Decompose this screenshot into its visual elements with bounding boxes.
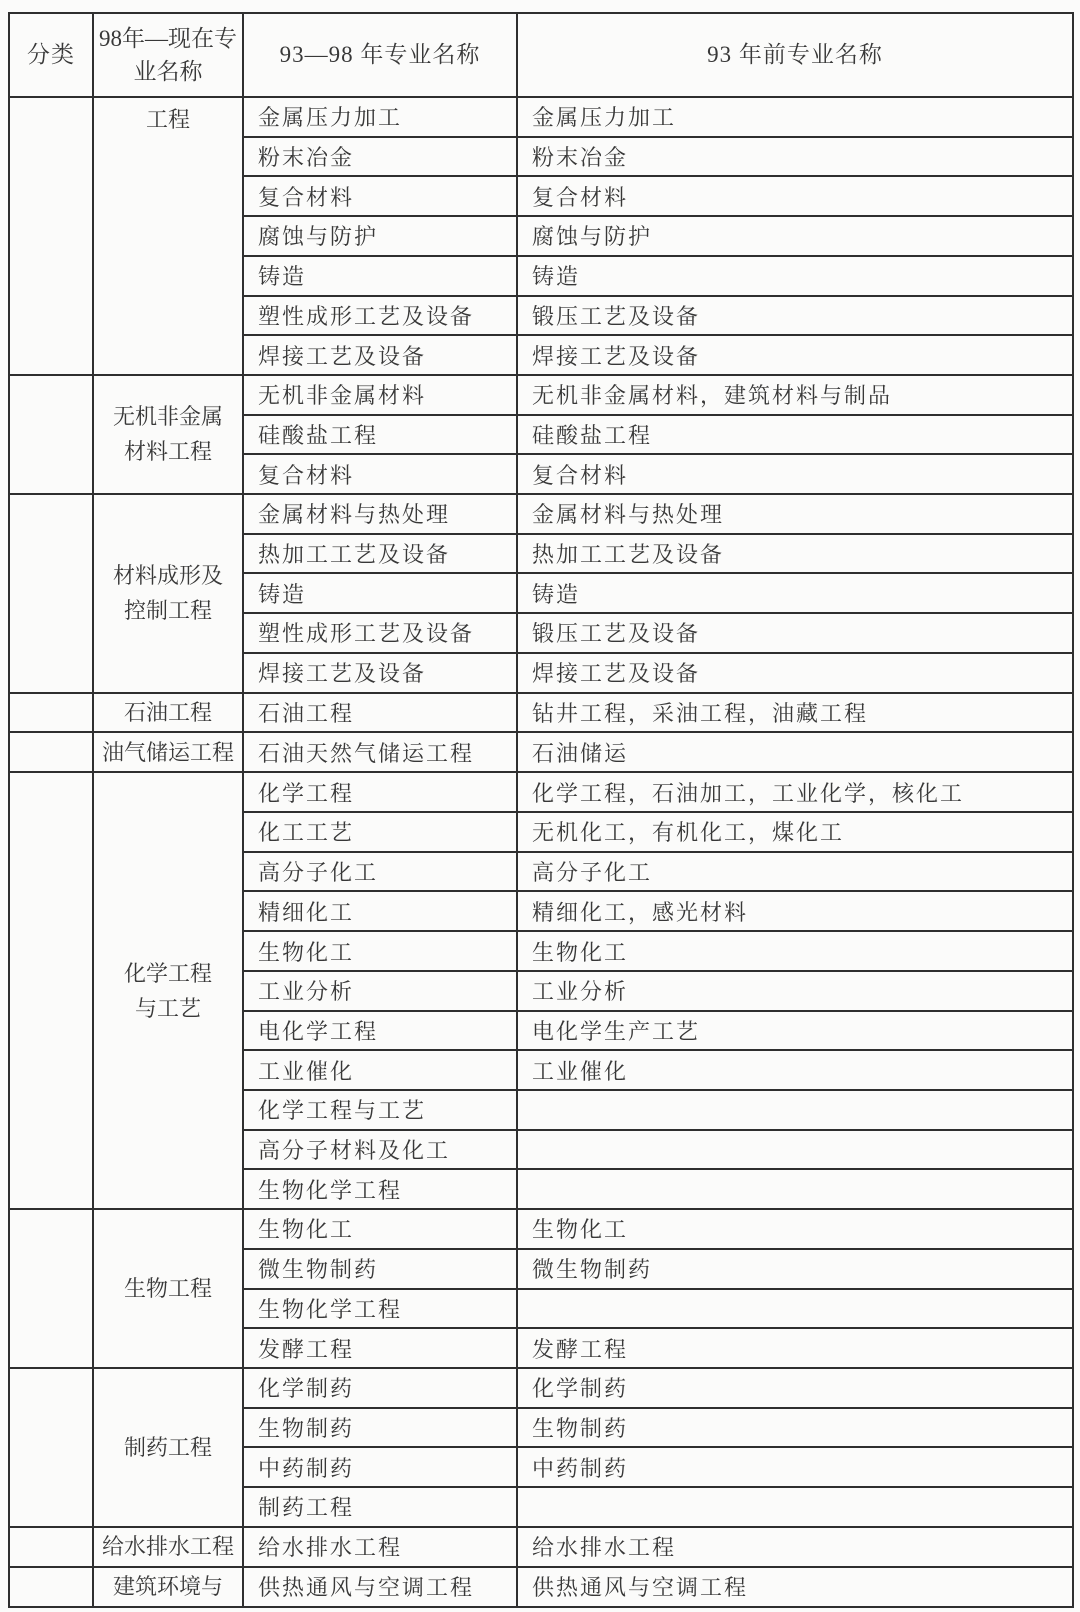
major-93-98-cell: 电化学工程 [243, 1011, 517, 1051]
major-pre-93-cell [517, 1090, 1073, 1130]
major-93-98-cell: 制药工程 [243, 1487, 517, 1527]
major-pre-93-cell [517, 1130, 1073, 1170]
group-name-cell: 油气储运工程 [93, 732, 243, 772]
major-pre-93-cell: 化学制药 [517, 1368, 1073, 1408]
major-pre-93-cell: 铸造 [517, 256, 1073, 296]
major-pre-93-cell: 锻压工艺及设备 [517, 296, 1073, 336]
major-pre-93-cell: 精细化工，感光材料 [517, 891, 1073, 931]
major-93-98-cell: 工业催化 [243, 1050, 517, 1090]
major-93-98-cell: 焊接工艺及设备 [243, 335, 517, 375]
header-category: 分类 [9, 13, 93, 97]
category-cell [9, 1527, 93, 1567]
group-name-cell: 石油工程 [93, 693, 243, 733]
major-pre-93-cell: 热加工工艺及设备 [517, 534, 1073, 574]
group-name-cell: 无机非金属 材料工程 [93, 375, 243, 494]
major-93-98-cell: 中药制药 [243, 1447, 517, 1487]
major-93-98-cell: 生物化学工程 [243, 1289, 517, 1329]
major-93-98-cell: 生物制药 [243, 1408, 517, 1448]
table-row: 油气储运工程石油天然气储运工程石油储运 [9, 732, 1073, 772]
table-body: 工程金属压力加工金属压力加工粉末冶金粉末冶金复合材料复合材料腐蚀与防护腐蚀与防护… [9, 97, 1073, 1607]
table-row: 化学工程 与工艺化学工程化学工程，石油加工，工业化学，核化工 [9, 772, 1073, 812]
major-93-98-cell: 生物化学工程 [243, 1169, 517, 1209]
major-pre-93-cell: 硅酸盐工程 [517, 415, 1073, 455]
major-93-98-cell: 复合材料 [243, 454, 517, 494]
major-pre-93-cell: 腐蚀与防护 [517, 216, 1073, 256]
group-name-cell: 建筑环境与 [93, 1567, 243, 1607]
major-pre-93-cell: 金属压力加工 [517, 97, 1073, 137]
table-row: 无机非金属 材料工程无机非金属材料无机非金属材料，建筑材料与制品 [9, 375, 1073, 415]
major-pre-93-cell: 化学工程，石油加工，工业化学，核化工 [517, 772, 1073, 812]
major-pre-93-cell: 锻压工艺及设备 [517, 613, 1073, 653]
major-pre-93-cell: 焊接工艺及设备 [517, 335, 1073, 375]
major-pre-93-cell: 无机化工，有机化工，煤化工 [517, 812, 1073, 852]
major-pre-93-cell: 焊接工艺及设备 [517, 653, 1073, 693]
major-pre-93-cell: 生物制药 [517, 1408, 1073, 1448]
category-cell [9, 772, 93, 1209]
header-major-pre-93: 93 年前专业名称 [517, 13, 1073, 97]
table-row: 制药工程化学制药化学制药 [9, 1368, 1073, 1408]
major-93-98-cell: 高分子化工 [243, 852, 517, 892]
major-pre-93-cell: 铸造 [517, 573, 1073, 613]
major-pre-93-cell [517, 1169, 1073, 1209]
major-93-98-cell: 石油工程 [243, 693, 517, 733]
group-name-cell: 化学工程 与工艺 [93, 772, 243, 1209]
category-cell [9, 1567, 93, 1607]
major-93-98-cell: 工业分析 [243, 971, 517, 1011]
major-pre-93-cell [517, 1487, 1073, 1527]
major-pre-93-cell: 钻井工程，采油工程，油藏工程 [517, 693, 1073, 733]
major-pre-93-cell: 复合材料 [517, 176, 1073, 216]
category-cell [9, 494, 93, 693]
major-pre-93-cell: 金属材料与热处理 [517, 494, 1073, 534]
major-93-98-cell: 石油天然气储运工程 [243, 732, 517, 772]
group-name-cell: 材料成形及 控制工程 [93, 494, 243, 693]
major-93-98-cell: 化学工程 [243, 772, 517, 812]
major-93-98-cell: 金属材料与热处理 [243, 494, 517, 534]
category-cell [9, 1368, 93, 1527]
major-93-98-cell: 塑性成形工艺及设备 [243, 296, 517, 336]
category-cell [9, 732, 93, 772]
major-93-98-cell: 铸造 [243, 573, 517, 613]
group-name-cell: 生物工程 [93, 1209, 243, 1368]
table-row: 生物工程生物化工生物化工 [9, 1209, 1073, 1249]
major-93-98-cell: 铸造 [243, 256, 517, 296]
major-93-98-cell: 化工工艺 [243, 812, 517, 852]
major-pre-93-cell: 粉末冶金 [517, 137, 1073, 177]
table-row: 材料成形及 控制工程金属材料与热处理金属材料与热处理 [9, 494, 1073, 534]
header-row: 分类 98年—现在专 业名称 93—98 年专业名称 93 年前专业名称 [9, 13, 1073, 97]
major-pre-93-cell: 工业分析 [517, 971, 1073, 1011]
major-93-98-cell: 发酵工程 [243, 1328, 517, 1368]
category-cell [9, 693, 93, 733]
major-pre-93-cell: 石油储运 [517, 732, 1073, 772]
header-major-98-now: 98年—现在专 业名称 [93, 13, 243, 97]
major-pre-93-cell: 给水排水工程 [517, 1527, 1073, 1567]
major-93-98-cell: 塑性成形工艺及设备 [243, 613, 517, 653]
major-93-98-cell: 硅酸盐工程 [243, 415, 517, 455]
major-93-98-cell: 无机非金属材料 [243, 375, 517, 415]
major-93-98-cell: 粉末冶金 [243, 137, 517, 177]
group-name-cell: 制药工程 [93, 1368, 243, 1527]
major-pre-93-cell: 无机非金属材料，建筑材料与制品 [517, 375, 1073, 415]
major-93-98-cell: 生物化工 [243, 1209, 517, 1249]
major-93-98-cell: 精细化工 [243, 891, 517, 931]
major-93-98-cell: 复合材料 [243, 176, 517, 216]
major-93-98-cell: 微生物制药 [243, 1249, 517, 1289]
major-pre-93-cell: 中药制药 [517, 1447, 1073, 1487]
major-93-98-cell: 高分子材料及化工 [243, 1130, 517, 1170]
group-name-cell: 工程 [93, 97, 243, 375]
major-pre-93-cell: 工业催化 [517, 1050, 1073, 1090]
major-pre-93-cell: 高分子化工 [517, 852, 1073, 892]
major-pre-93-cell: 生物化工 [517, 1209, 1073, 1249]
major-93-98-cell: 热加工工艺及设备 [243, 534, 517, 574]
major-pre-93-cell [517, 1289, 1073, 1329]
major-93-98-cell: 供热通风与空调工程 [243, 1567, 517, 1607]
major-93-98-cell: 焊接工艺及设备 [243, 653, 517, 693]
major-pre-93-cell: 复合材料 [517, 454, 1073, 494]
major-93-98-cell: 生物化工 [243, 931, 517, 971]
major-pre-93-cell: 发酵工程 [517, 1328, 1073, 1368]
table-row: 给水排水工程给水排水工程给水排水工程 [9, 1527, 1073, 1567]
table-row: 建筑环境与供热通风与空调工程供热通风与空调工程 [9, 1567, 1073, 1607]
category-cell [9, 375, 93, 494]
major-93-98-cell: 化学制药 [243, 1368, 517, 1408]
major-93-98-cell: 腐蚀与防护 [243, 216, 517, 256]
major-pre-93-cell: 供热通风与空调工程 [517, 1567, 1073, 1607]
table-row: 石油工程石油工程钻井工程，采油工程，油藏工程 [9, 693, 1073, 733]
major-pre-93-cell: 微生物制药 [517, 1249, 1073, 1289]
major-93-98-cell: 金属压力加工 [243, 97, 517, 137]
major-93-98-cell: 给水排水工程 [243, 1527, 517, 1567]
table-row: 工程金属压力加工金属压力加工 [9, 97, 1073, 137]
major-pre-93-cell: 电化学生产工艺 [517, 1011, 1073, 1051]
major-name-mapping-table: 分类 98年—现在专 业名称 93—98 年专业名称 93 年前专业名称 工程金… [8, 12, 1074, 1608]
category-cell [9, 97, 93, 375]
header-major-93-98: 93—98 年专业名称 [243, 13, 517, 97]
category-cell [9, 1209, 93, 1368]
major-pre-93-cell: 生物化工 [517, 931, 1073, 971]
group-name-cell: 给水排水工程 [93, 1527, 243, 1567]
major-93-98-cell: 化学工程与工艺 [243, 1090, 517, 1130]
